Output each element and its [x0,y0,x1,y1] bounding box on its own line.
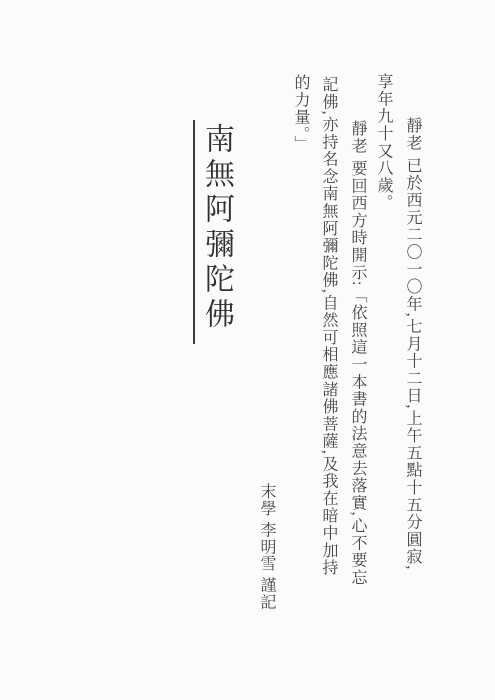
body-text-column-5: 的力量。」 [291,74,309,153]
buddha-name-title: 南無阿彌陀佛 [199,123,233,333]
body-text-column-2: 享年九十又八歲。 [374,73,392,211]
proper-noun-emphasis-line [193,120,195,344]
body-text-column-4: 記佛,亦持名念南無阿彌陀佛,自然可相應諸佛菩薩,及我在暗中加持 [319,76,337,576]
signature-text: 末學 李明雪 謹記 [257,483,275,610]
body-text-column-1: 靜老 已於西元二〇一〇年,七月十二日,上午五點十五分圓寂, [403,117,421,571]
scanned-page: 靜老 已於西元二〇一〇年,七月十二日,上午五點十五分圓寂, 享年九十又八歲。 靜… [0,0,495,700]
body-text-column-3: 靜老 要回西方時開示:「依照這一本書的法意去落實,心不要忘 [348,120,366,586]
